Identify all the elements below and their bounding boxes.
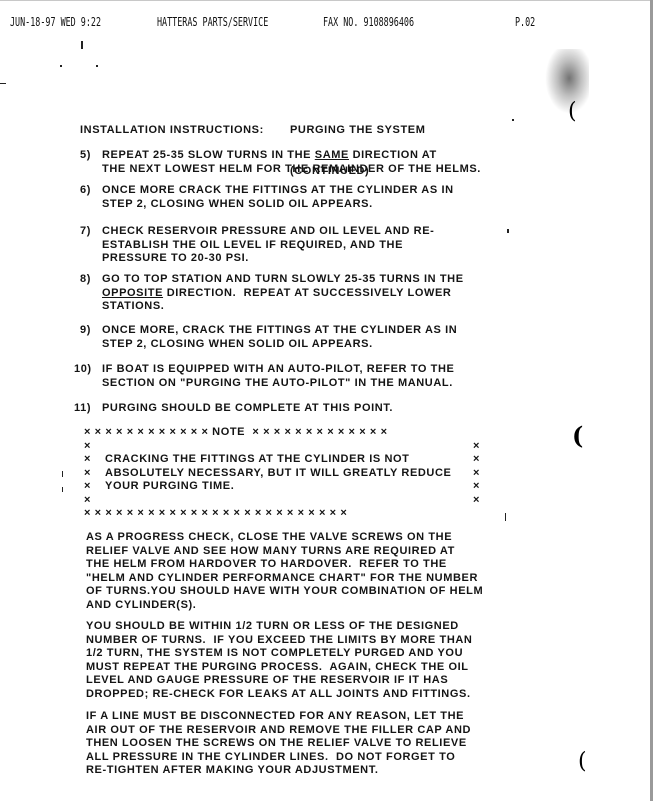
- title-label: INSTALLATION INSTRUCTIONS:: [80, 124, 290, 138]
- paragraph-line: "HELM AND CYLINDER PERFORMANCE CHART" FO…: [86, 572, 483, 586]
- step-line: OPPOSITE DIRECTION. REPEAT AT SUCCESSIVE…: [102, 287, 464, 301]
- note-border-side: ××: [84, 440, 451, 454]
- body-paragraph: YOU SHOULD BE WITHIN 1/2 TURN OR LESS OF…: [86, 620, 472, 701]
- margin-mark-1: (: [568, 99, 577, 124]
- paragraph-line: LEVEL AND GAUGE PRESSURE OF THE RESERVOI…: [86, 674, 472, 688]
- paragraph-line: ALL PRESSURE IN THE CYLINDER LINES. DO N…: [86, 751, 471, 765]
- fax-date-time: JUN-18-97 WED 9:22: [10, 15, 101, 29]
- fax-number: FAX NO. 9108896406: [323, 15, 414, 29]
- step-line: STEP 2, CLOSING WHEN SOLID OIL APPEARS.: [102, 338, 457, 352]
- note-line: ×CRACKING THE FITTINGS AT THE CYLINDER I…: [84, 453, 451, 467]
- paragraph-line: OF TURNS.YOU SHOULD HAVE WITH YOUR COMBI…: [86, 585, 483, 599]
- step-number: 9): [80, 324, 104, 338]
- paragraph-line: RELIEF VALVE AND SEE HOW MANY TURNS ARE …: [86, 545, 483, 559]
- step-text: REPEAT 25-35 SLOW TURNS IN THE SAME DIRE…: [102, 149, 481, 176]
- note-box: × × × × × × × × × × × × NOTE × × × × × ×…: [84, 426, 451, 521]
- step-text: ONCE MORE CRACK THE FITTINGS AT THE CYLI…: [102, 184, 454, 211]
- scan-smudge: [545, 49, 589, 114]
- paragraph-line: THE HELM FROM HARDOVER TO HARDOVER. REFE…: [86, 558, 483, 572]
- body-paragraph: AS A PROGRESS CHECK, CLOSE THE VALVE SCR…: [86, 531, 483, 612]
- step-line: ESTABLISH THE OIL LEVEL IF REQUIRED, AND…: [102, 239, 434, 253]
- paragraph-line: THEN LOOSEN THE SCREWS ON THE RELIEF VAL…: [86, 737, 471, 751]
- step-line: SECTION ON "PURGING THE AUTO-PILOT" IN T…: [102, 377, 454, 391]
- step-text: IF BOAT IS EQUIPPED WITH AN AUTO-PILOT, …: [102, 363, 454, 390]
- step-text: CHECK RESERVOIR PRESSURE AND OIL LEVEL A…: [102, 225, 434, 266]
- speck: [512, 119, 514, 121]
- fax-page: JUN-18-97 WED 9:22 HATTERAS PARTS/SERVIC…: [0, 0, 650, 801]
- margin-mark-2: (: [572, 421, 583, 450]
- step-line: IF BOAT IS EQUIPPED WITH AN AUTO-PILOT, …: [102, 363, 454, 377]
- step-line: GO TO TOP STATION AND TURN SLOWLY 25-35 …: [102, 273, 464, 287]
- paragraph-line: YOU SHOULD BE WITHIN 1/2 TURN OR LESS OF…: [86, 620, 472, 634]
- paragraph-line: AND CYLINDER(S).: [86, 599, 483, 613]
- note-line: ×YOUR PURGING TIME.×: [84, 480, 451, 494]
- paragraph-line: NUMBER OF TURNS. IF YOU EXCEED THE LIMIT…: [86, 634, 472, 648]
- step-line: PRESSURE TO 20-30 PSI.: [102, 252, 434, 266]
- paragraph-line: 1/2 TURN, THE SYSTEM IS NOT COMPLETELY P…: [86, 647, 472, 661]
- step-line: REPEAT 25-35 SLOW TURNS IN THE SAME DIRE…: [102, 149, 481, 163]
- step-line: STEP 2, CLOSING WHEN SOLID OIL APPEARS.: [102, 198, 454, 212]
- page-edge: [650, 0, 653, 801]
- fax-page-number: P.02: [515, 15, 535, 29]
- note-line: ×ABSOLUTELY NECESSARY, BUT IT WILL GREAT…: [84, 467, 451, 481]
- step-number: 6): [80, 184, 104, 198]
- speck: [62, 471, 63, 477]
- step-line: THE NEXT LOWEST HELM FOR THE REMAINDER O…: [102, 163, 481, 177]
- step-text: GO TO TOP STATION AND TURN SLOWLY 25-35 …: [102, 273, 464, 314]
- speck: [81, 41, 83, 49]
- step-line: ONCE MORE, CRACK THE FITTINGS AT THE CYL…: [102, 324, 457, 338]
- paragraph-line: AIR OUT OF THE RESERVOIR AND REMOVE THE …: [86, 724, 471, 738]
- step-number: 11): [74, 402, 98, 416]
- step-text: PURGING SHOULD BE COMPLETE AT THIS POINT…: [102, 402, 393, 416]
- paragraph-line: AS A PROGRESS CHECK, CLOSE THE VALVE SCR…: [86, 531, 483, 545]
- note-border-bottom: × × × × × × × × × × × × × × × × × × × × …: [84, 507, 451, 521]
- note-border-top: × × × × × × × × × × × × NOTE × × × × × ×…: [84, 426, 451, 440]
- paragraph-line: RE-TIGHTEN AFTER MAKING YOUR ADJUSTMENT.: [86, 764, 471, 778]
- body-paragraph: IF A LINE MUST BE DISCONNECTED FOR ANY R…: [86, 710, 471, 778]
- step-number: 10): [74, 363, 98, 377]
- speck: [60, 65, 62, 67]
- title-heading: PURGING THE SYSTEM: [290, 124, 425, 136]
- step-number: 8): [80, 273, 104, 287]
- paragraph-line: DROPPED; RE-CHECK FOR LEAKS AT ALL JOINT…: [86, 688, 472, 702]
- step-line: STATIONS.: [102, 300, 464, 314]
- speck: [62, 487, 63, 492]
- fax-sender: HATTERAS PARTS/SERVICE: [157, 15, 268, 29]
- speck: [505, 513, 506, 521]
- step-line: ONCE MORE CRACK THE FITTINGS AT THE CYLI…: [102, 184, 454, 198]
- paragraph-line: MUST REPEAT THE PURGING PROCESS. AGAIN, …: [86, 661, 472, 675]
- step-number: 5): [80, 149, 104, 163]
- step-number: 7): [80, 225, 104, 239]
- note-border-side: ××: [84, 494, 451, 508]
- step-line: CHECK RESERVOIR PRESSURE AND OIL LEVEL A…: [102, 225, 434, 239]
- margin-mark-3: (: [578, 749, 587, 774]
- speck: [507, 229, 509, 233]
- step-line: PURGING SHOULD BE COMPLETE AT THIS POINT…: [102, 402, 393, 416]
- speck: [96, 65, 98, 67]
- paragraph-line: IF A LINE MUST BE DISCONNECTED FOR ANY R…: [86, 710, 471, 724]
- speck: [0, 83, 6, 84]
- step-text: ONCE MORE, CRACK THE FITTINGS AT THE CYL…: [102, 324, 457, 351]
